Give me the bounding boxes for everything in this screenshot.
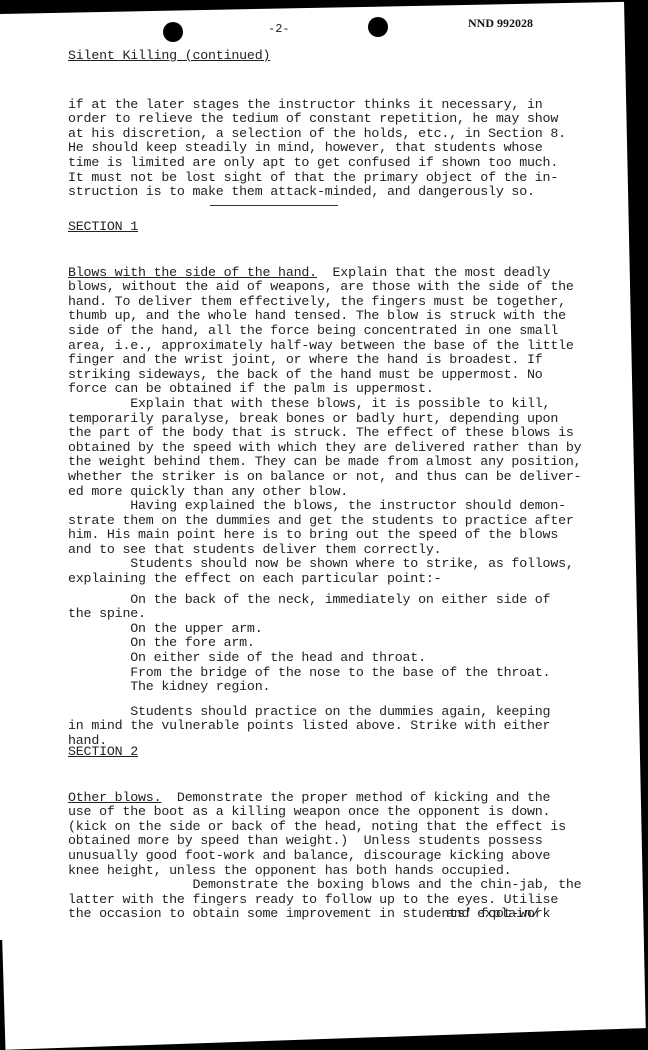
list-item: On either side of the head and throat. <box>68 651 568 666</box>
text-line: if at the later stages the instructor th… <box>68 98 568 113</box>
text-line: at his discretion, a selection of the ho… <box>68 127 568 142</box>
text-line: struction is to make them attack-minded,… <box>68 185 568 200</box>
scan-border-left <box>0 940 22 1050</box>
section-2-lead-title: Other blows. <box>68 790 161 805</box>
page-title: Silent Killing (continued) <box>68 49 568 64</box>
punch-hole-left <box>163 22 183 42</box>
list-item: On the fore arm. <box>68 636 568 651</box>
page-number: -2- <box>268 22 290 36</box>
list-item: On the upper arm. <box>68 622 568 637</box>
section-1-lead-title: Blows with the side of the hand. <box>68 265 317 280</box>
section-2-heading: SECTION 2 <box>68 745 568 760</box>
scan-border-right <box>588 0 648 1050</box>
scan-border-bottom <box>0 1028 648 1050</box>
text-line: order to relieve the tedium of constant … <box>68 112 568 127</box>
list-item: the spine. <box>68 607 568 622</box>
scan-border-top <box>0 0 648 14</box>
text-line: time is limited are only apt to get conf… <box>68 156 568 171</box>
punch-hole-right <box>368 17 388 37</box>
list-item: From the bridge of the nose to the base … <box>68 666 568 681</box>
declassification-stamp: NND 992028 <box>468 16 533 31</box>
continuation-text: and explain/ <box>446 907 566 922</box>
text-line: It must not be lost sight of that the pr… <box>68 171 568 186</box>
section-1-body: Blows with the side of the hand. Explain… <box>68 251 568 601</box>
intro-paragraph: if at the later stages the instructor th… <box>68 83 568 214</box>
list-item: On the back of the neck, immediately on … <box>68 593 568 608</box>
section-divider <box>210 205 338 206</box>
section-1-heading: SECTION 1 <box>68 220 568 235</box>
text-line: He should keep steadily in mind, however… <box>68 141 568 156</box>
